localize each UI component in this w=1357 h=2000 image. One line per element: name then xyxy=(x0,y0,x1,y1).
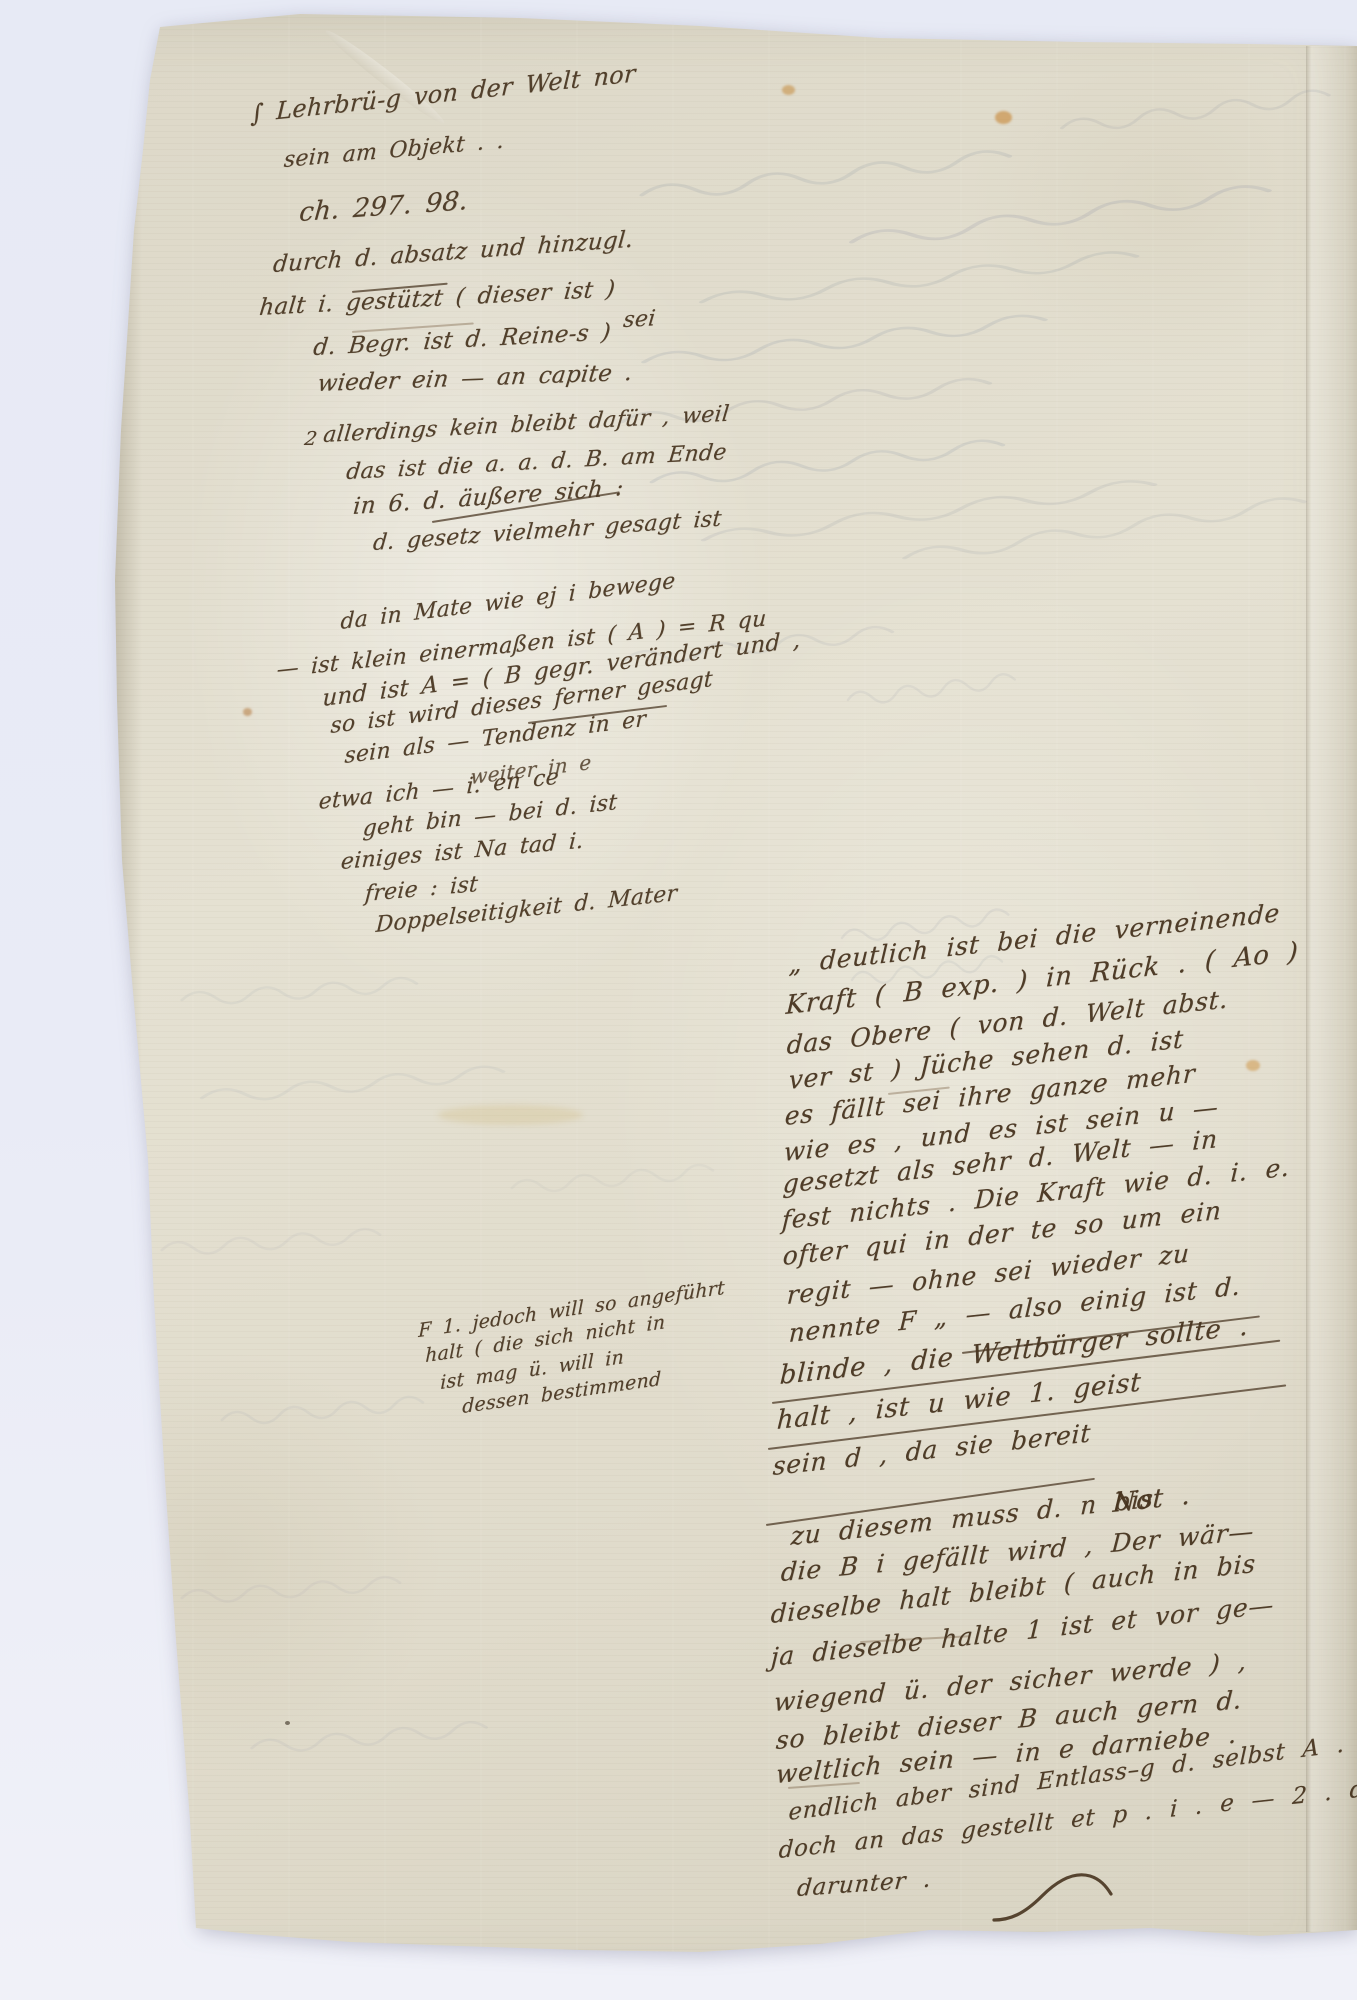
yellow-stain xyxy=(438,1105,583,1125)
left-deckle-shadow xyxy=(112,20,142,1940)
ink-speck xyxy=(285,1721,290,1725)
fox-spot xyxy=(995,111,1012,124)
vertical-fold-line xyxy=(1306,46,1351,1932)
scanned-document: ∫ Lehrbrü-g von der Welt nor sein am Obj… xyxy=(0,0,1357,2000)
paraph-flourish xyxy=(990,1868,1120,1928)
fox-spot xyxy=(1246,1060,1260,1071)
handwritten-line: sei xyxy=(622,306,657,333)
fox-spot xyxy=(782,85,795,95)
fox-spot xyxy=(243,708,252,716)
paper-surface: ∫ Lehrbrü-g von der Welt nor sein am Obj… xyxy=(0,0,1357,2000)
paper-sheet: ∫ Lehrbrü-g von der Welt nor sein am Obj… xyxy=(0,0,1357,2000)
